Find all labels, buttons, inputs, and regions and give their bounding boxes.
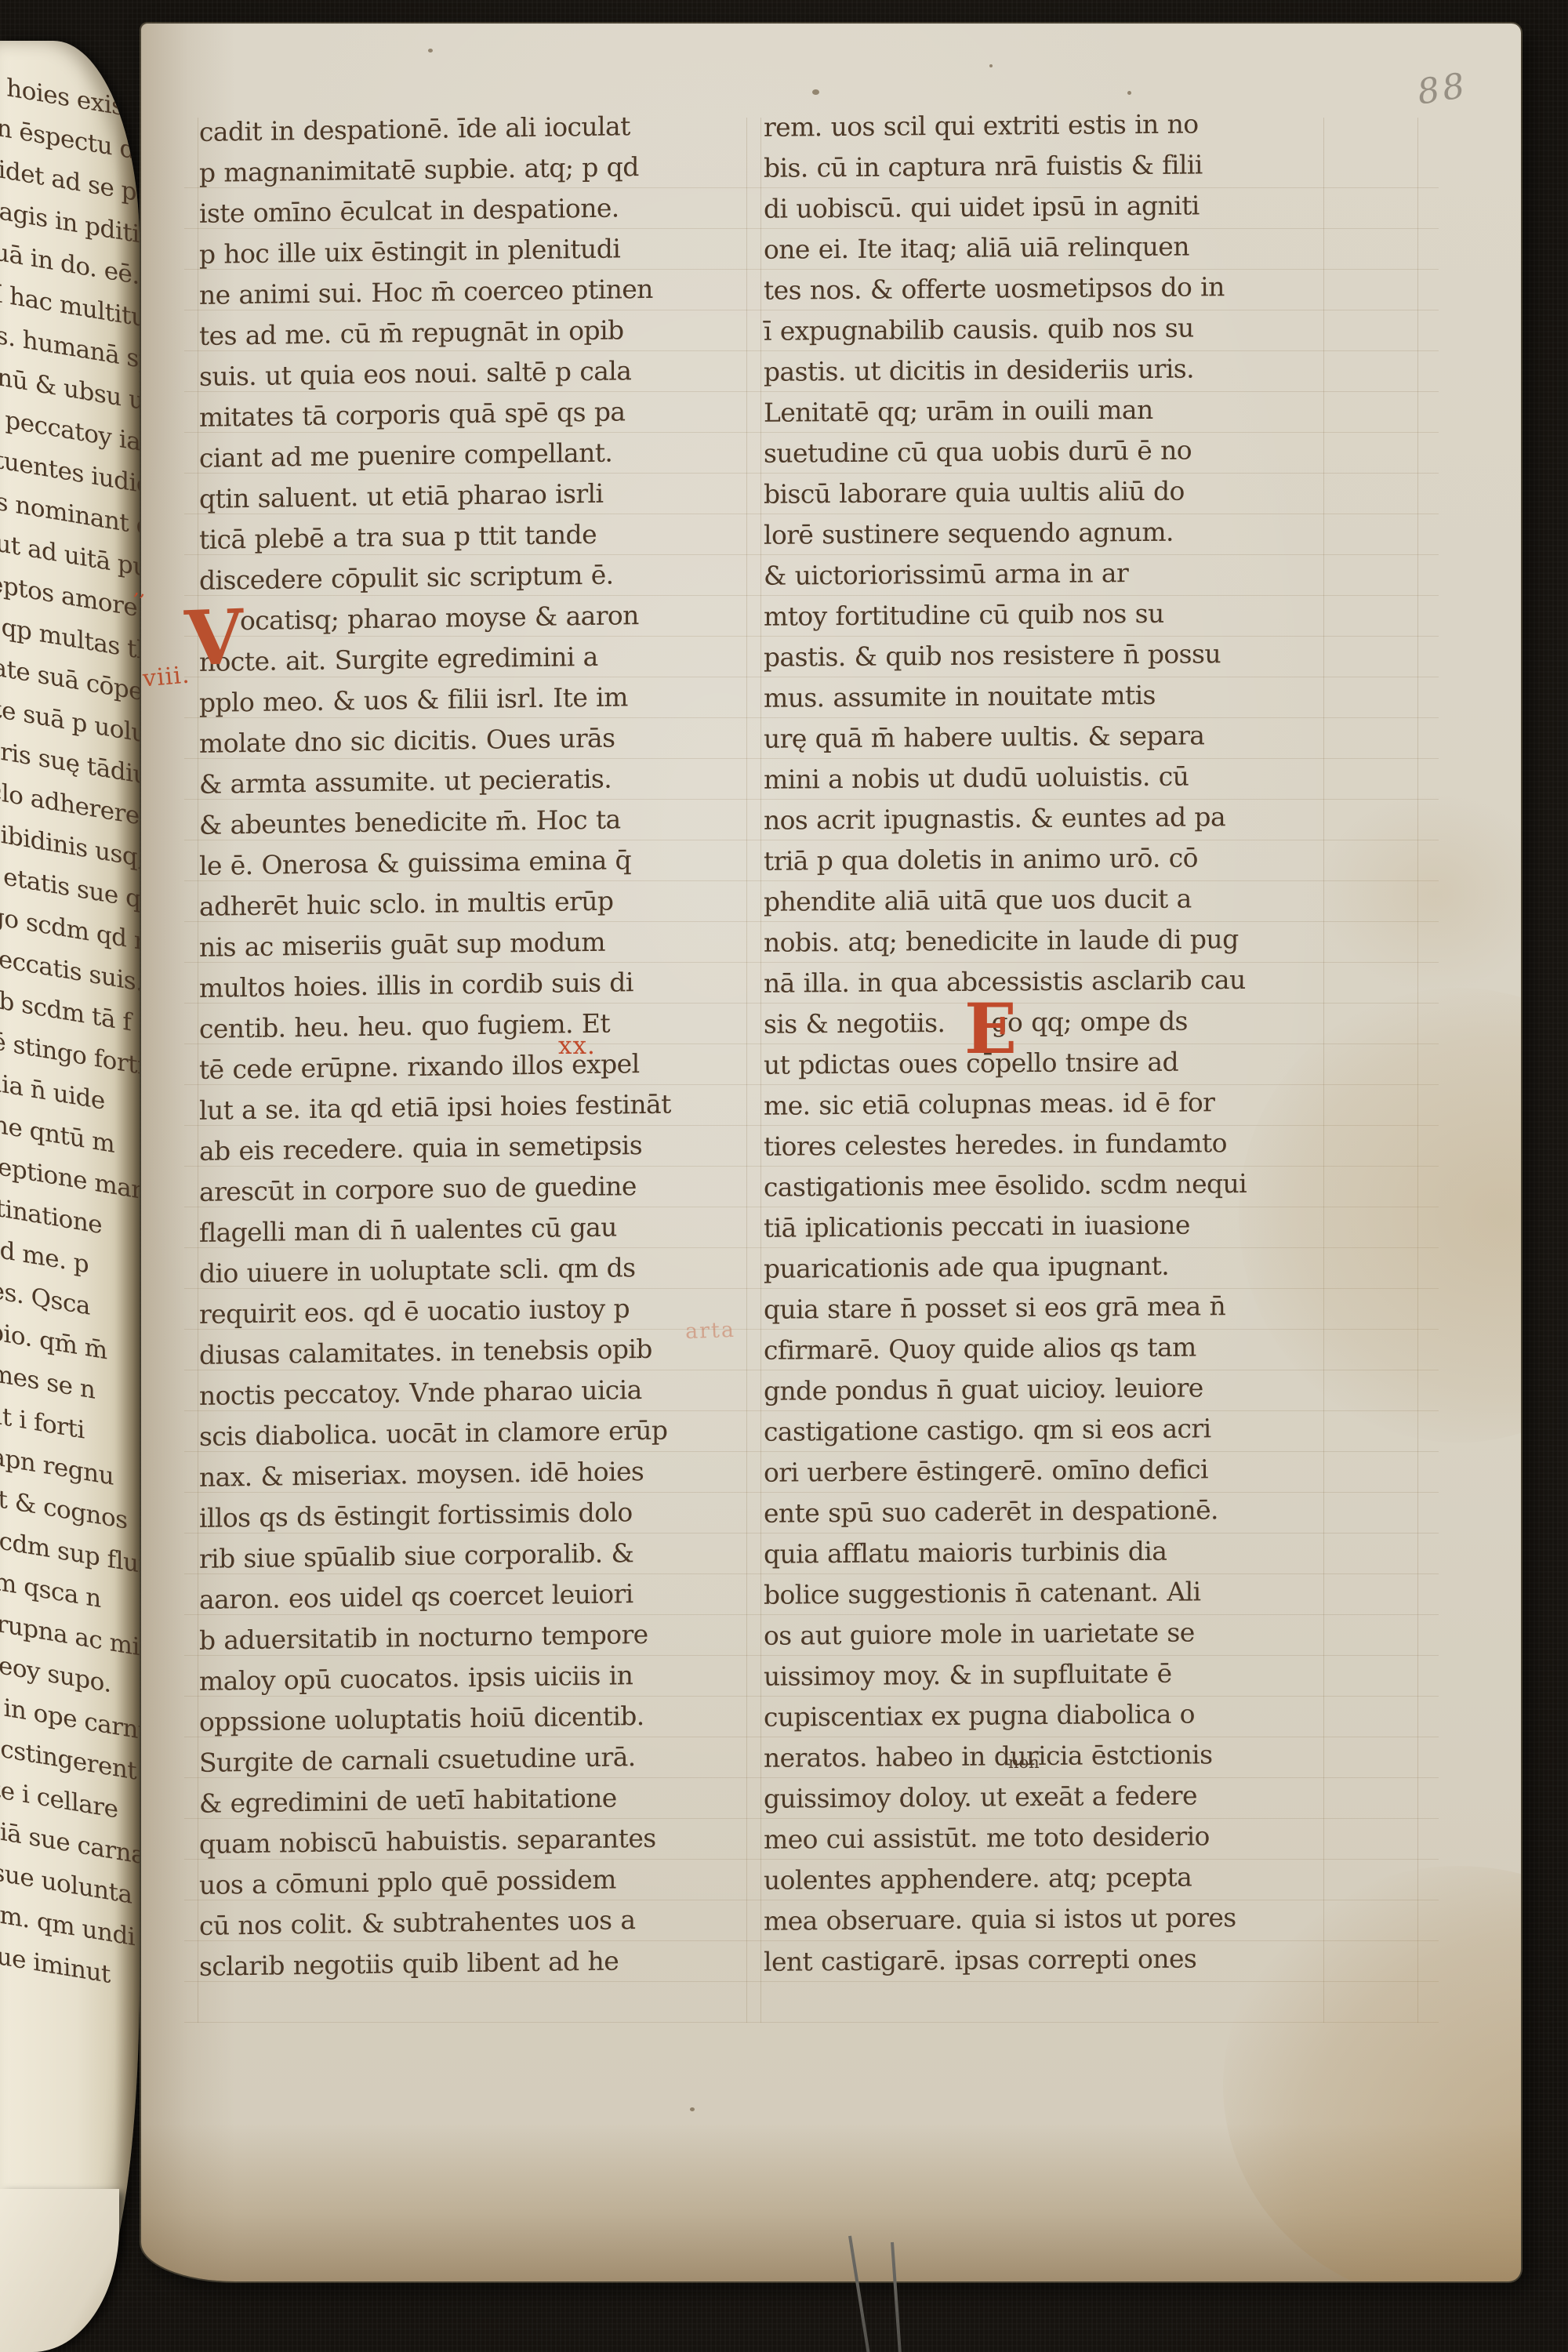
text-line: neratos. habeo in duricia ēstctionis	[764, 1733, 1325, 1779]
text-line: uissimoy moy. & in supfluitate ē	[764, 1652, 1325, 1697]
ruling-vertical	[760, 118, 761, 2023]
text-line: tiā iplicationis peccati in iuasione	[764, 1203, 1325, 1249]
text-line: mea obseruare. quia si istos ut pores	[764, 1896, 1325, 1942]
parchment-speck	[1127, 91, 1131, 95]
text-line: mini a nobis ut dudū uoluistis. cū	[764, 755, 1325, 800]
manuscript-page: 88 cadit in despationē. īde ali ioculatp…	[141, 24, 1521, 2281]
text-line: quia afflatu maioris turbinis dia	[764, 1530, 1325, 1575]
text-line: bis. cū in captura nrā fuistis & filii	[764, 143, 1325, 189]
text-line: nos acrit ipugnastis. & euntes ad pa	[764, 796, 1325, 841]
previous-page-edge: itia di hoies existenno ē in ēspectu di …	[0, 41, 140, 2307]
text-column-right: rem. uos scil qui extriti estis in nobis…	[764, 103, 1325, 1983]
text-line: cfirmarē. Quoy quide alios qs tam	[764, 1326, 1325, 1371]
text-line: rem. uos scil qui extriti estis in no	[764, 103, 1325, 148]
text-line: tes nos. & offerte uosmetipsos do in	[764, 266, 1325, 311]
text-line: suetudine cū qua uobis durū ē no	[764, 429, 1325, 474]
text-line: gnde pondus n̄ guat uicioy. leuiore	[764, 1367, 1325, 1412]
faint-red-gloss: arta	[684, 1318, 735, 1344]
margin-chapter-number-viii: viii.	[142, 661, 191, 692]
parchment-speck	[428, 49, 433, 53]
text-line: nobis. atq; benedicite in laude di pug	[764, 918, 1325, 964]
text-line: bolice suggestionis n̄ catenant. Ali	[764, 1570, 1325, 1616]
ruling-vertical	[198, 118, 198, 2023]
text-line: ori uerbere ēstingerē. omīno defici	[764, 1448, 1325, 1494]
text-line: Lenitatē qq; urām in ouili man	[764, 388, 1325, 434]
margin-chapter-number-xx: xx.	[558, 1032, 596, 1060]
text-line: mus. assumite in nouitate mtis	[764, 673, 1325, 719]
text-line: castigationis mee ēsolido. scdm nequi	[764, 1163, 1325, 1208]
text-line: castigatione castigo. qm si eos acri	[764, 1407, 1325, 1453]
text-line: puaricationis ade qua ipugnant.	[764, 1244, 1325, 1290]
text-line: lent castigarē. ipsas correpti ones	[764, 1937, 1325, 1983]
text-line: ī expugnabilib causis. quib nos su	[764, 307, 1325, 352]
text-line: tiores celestes heredes. in fundamto	[764, 1122, 1325, 1167]
text-line: pastis. & quib nos resistere n̄ possu	[764, 633, 1325, 678]
text-line: cupiscentiax ex pugna diabolica o	[764, 1693, 1325, 1738]
parchment-speck	[812, 89, 819, 95]
parchment-stain	[1317, 792, 1521, 996]
text-line: quia stare n̄ posset si eos grā mea n̄	[764, 1285, 1325, 1330]
text-line: guissimoy doloy. ut exeāt a federe	[764, 1774, 1325, 1820]
parchment-speck	[989, 64, 993, 67]
text-line: sclarib negotiis quib libent ad he	[199, 1939, 750, 1987]
text-line: one ei. Ite itaq; aliā uiā relinquen	[764, 225, 1325, 270]
text-line: & uictoriorissimū arma in ar	[764, 551, 1325, 597]
parchment-speck	[690, 2107, 695, 2111]
text-line: di uobiscū. qui uidet ipsū in agniti	[764, 184, 1325, 230]
text-line: phendite aliā uitā que uos ducit a	[764, 877, 1325, 923]
text-line: uolentes apphendere. atq; pcepta	[764, 1856, 1325, 1901]
text-line: nā illa. in qua abcessistis asclarib cau	[764, 959, 1325, 1004]
folio-number: 88	[1414, 65, 1470, 112]
rubricated-initial-e: E	[964, 994, 1017, 1063]
previous-page-text: itia di hoies existenno ē in ēspectu di …	[0, 55, 140, 2013]
text-line: ut pdictas oues cōpello tnsire ad	[764, 1040, 1325, 1086]
text-line: lorē sustinere sequendo agnum.	[764, 510, 1325, 556]
text-line: meo cui assistūt. me toto desiderio	[764, 1815, 1325, 1860]
text-line: lut a se. ita qd etiā ipsi hoies festinā…	[199, 1083, 750, 1131]
interlinear-correction: non	[1008, 1753, 1040, 1772]
text-line: urę quā m̄ habere uultis. & separa	[764, 714, 1325, 760]
ruling-vertical	[1417, 118, 1418, 2023]
text-line: scis diabolica. uocāt in clamore erūp	[199, 1409, 750, 1457]
text-line: mtoy fortitudine cū quib nos su	[764, 592, 1325, 637]
text-line: os aut guiore mole in uarietate se	[764, 1611, 1325, 1657]
text-line: pastis. ut dicitis in desideriis uris.	[764, 347, 1325, 393]
text-line: triā p qua doletis in animo urō. cō	[764, 837, 1325, 882]
text-line: sis & negotiis. go qq; ompe ds	[764, 1000, 1325, 1045]
text-line: ente spū suo caderēt in despationē.	[764, 1489, 1325, 1534]
text-column-left: cadit in despationē. īde ali ioculatp ma…	[199, 104, 750, 1987]
text-line: me. sic etiā colupnas meas. id ē for	[764, 1081, 1325, 1127]
text-line: biscū laborare quia uultis aliū do	[764, 470, 1325, 515]
rubricated-initial-v: V	[183, 600, 245, 677]
